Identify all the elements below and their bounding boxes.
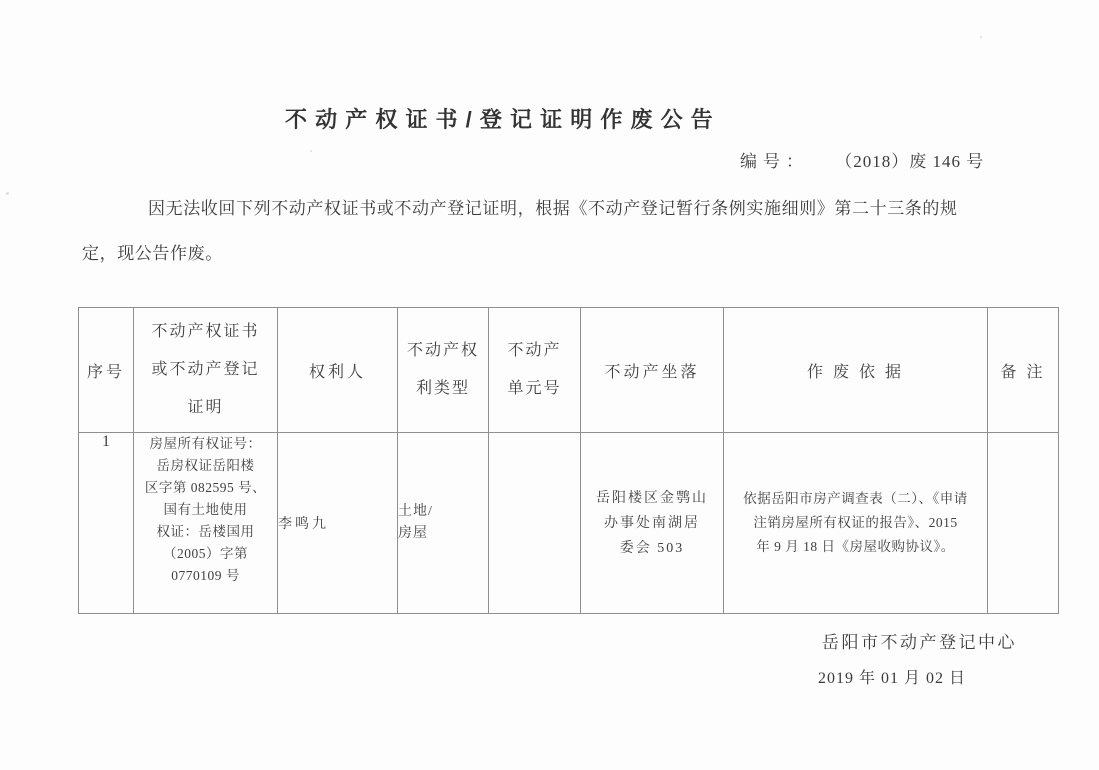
header-line: 利类型 [398, 370, 488, 408]
cell-unit-number [489, 433, 581, 614]
cert-line: 0770109 号 [134, 565, 277, 587]
header-line: 不动产 [489, 332, 580, 370]
cell-seq: 1 [79, 433, 134, 614]
col-header-right-type: 不动产权 利类型 [398, 308, 489, 433]
col-header-holder: 权利人 [278, 308, 398, 433]
issuing-org: 岳阳市不动产登记中心 [822, 628, 1017, 653]
body-paragraph-line-1: 因无法收回下列不动产权证书或不动产登记证明，根据《不动产登记暂行条例实施细则》第… [148, 194, 958, 219]
cert-line: 岳房权证岳阳楼 [134, 455, 277, 477]
header-line: 不动产权证书 [134, 313, 277, 351]
header-line: 不动产权 [398, 332, 488, 370]
doc-number-value: （2018）废 146 号 [835, 152, 984, 171]
col-header-remark: 备 注 [988, 308, 1059, 433]
basis-line: 依据岳阳市房产调查表（二）、《申请 [724, 487, 987, 511]
cell-basis: 依据岳阳市房产调查表（二）、《申请 注销房屋所有权证的报告》、2015 年 9 … [724, 433, 988, 614]
header-line: 证明 [134, 389, 277, 427]
cell-certificate: 房屋所有权证号： 岳房权证岳阳楼 区字第 082595 号、 国有土地使用 权证… [134, 433, 278, 614]
cell-remark [988, 433, 1059, 614]
cell-right-type: 土地/ 房屋 [398, 433, 489, 614]
table-row: 1 房屋所有权证号： 岳房权证岳阳楼 区字第 082595 号、 国有土地使用 … [79, 433, 1059, 614]
invalidation-table: 序号 不动产权证书 或不动产登记 证明 权利人 不动产权 利类型 不动产 单元号… [78, 307, 1059, 614]
cert-line: 权证：岳楼国用 [134, 521, 277, 543]
basis-line: 注销房屋所有权证的报告》、2015 [724, 511, 987, 535]
cell-location: 岳阳楼区金鹗山 办事处南湖居 委会 503 [581, 433, 724, 614]
col-header-basis: 作 废 依 据 [724, 308, 988, 433]
cell-holder: 李鸣九 [278, 433, 398, 614]
location-line: 办事处南湖居 [581, 511, 723, 536]
scanned-notice-page: 不 动 产 权 证 书 / 登 记 证 明 作 废 公 告 编号： （2018）… [0, 0, 1099, 770]
cert-line: 房屋所有权证号： [134, 433, 277, 455]
table-header-row: 序号 不动产权证书 或不动产登记 证明 权利人 不动产权 利类型 不动产 单元号… [79, 308, 1059, 433]
issue-date: 2019 年 01 月 02 日 [818, 665, 966, 688]
col-header-seq: 序号 [79, 308, 134, 433]
header-line: 或不动产登记 [134, 351, 277, 389]
cert-line: （2005）字第 [134, 543, 277, 565]
header-line: 单元号 [489, 370, 580, 408]
location-line: 岳阳楼区金鹗山 [581, 486, 723, 511]
body-paragraph-line-2: 定，现公告作废。 [82, 239, 223, 264]
basis-line: 年 9 月 18 日《房屋收购协议》。 [724, 535, 987, 559]
right-type-line: 房屋 [398, 523, 488, 545]
location-line: 委会 503 [581, 536, 723, 561]
cert-line: 国有土地使用 [134, 499, 277, 521]
doc-number-label: 编号： [740, 152, 809, 171]
scan-speck [310, 150, 312, 152]
scan-speck [6, 192, 9, 195]
right-type-line: 土地/ [398, 501, 488, 523]
col-header-unit-number: 不动产 单元号 [489, 308, 581, 433]
scan-speck [980, 36, 982, 38]
doc-number: 编号： （2018）废 146 号 [740, 147, 984, 172]
col-header-location: 不动产坐落 [581, 308, 724, 433]
cert-line: 区字第 082595 号、 [134, 477, 277, 499]
page-title: 不 动 产 权 证 书 / 登 记 证 明 作 废 公 告 [285, 103, 714, 134]
col-header-certificate: 不动产权证书 或不动产登记 证明 [134, 308, 278, 433]
